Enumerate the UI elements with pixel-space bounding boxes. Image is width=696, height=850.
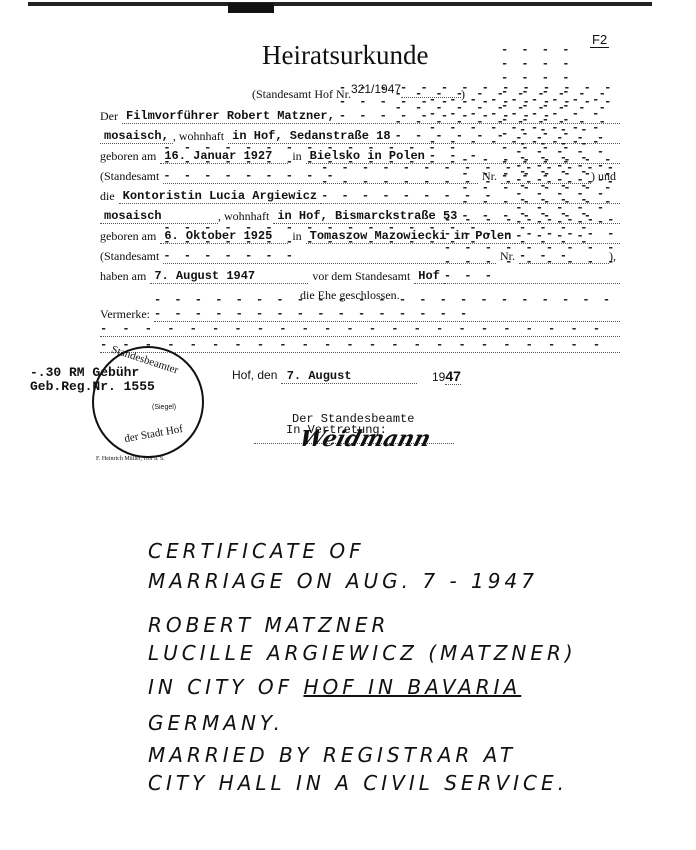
note-city-underlined: HOF IN BAVARIA bbox=[303, 675, 521, 699]
place-label: Hof, den bbox=[232, 368, 277, 382]
form-code: F2 bbox=[590, 32, 609, 48]
remarks-fill-line: - - - - - - - - - - - - - - - - - - - - … bbox=[100, 338, 620, 353]
note-line: IN CITY OF HOF IN BAVARIA bbox=[148, 676, 521, 698]
year-prefix: 19 bbox=[432, 370, 445, 384]
scan-edge-bar bbox=[28, 2, 652, 6]
dash-fill: - - - - - - - - - - - - - - - - - - - - … bbox=[444, 213, 620, 284]
note-line: LUCILLE ARGIEWICZ (MATZNER) bbox=[148, 642, 577, 664]
note-line: MARRIED BY REGISTRAR AT bbox=[148, 744, 516, 766]
seal-bottom-text: der Stadt Hof bbox=[123, 423, 183, 445]
groom-label: Der bbox=[100, 109, 122, 124]
note-line: CERTIFICATE OF bbox=[148, 540, 365, 562]
marriage-label: haben am bbox=[100, 269, 150, 284]
printer-imprint: F. Heinrich Müller, Hof a. S. bbox=[96, 456, 165, 462]
registry-prefix: (Standesamt Hof Nr. bbox=[252, 87, 351, 101]
marriage-date: 7. August 1947 bbox=[150, 269, 308, 284]
registry-label: (Standesamt bbox=[100, 169, 163, 184]
marriage-line: haben am 7. August 1947 vor dem Standesa… bbox=[100, 266, 620, 284]
marriage-office: Hof bbox=[414, 269, 444, 284]
issue-date: 7. August bbox=[281, 369, 417, 384]
official-seal: Standesbeamter (Siegel) der Stadt Hof bbox=[92, 346, 204, 458]
remarks-fill-line: - - - - - - - - - - - - - - - - - - - - … bbox=[100, 322, 620, 337]
scan-artifact bbox=[228, 3, 274, 13]
dash-fill: - - - - - - - - - - - - - - - - - - - - … bbox=[154, 293, 620, 322]
issue-year: 1947 bbox=[432, 368, 461, 384]
note-line: CITY HALL IN A CIVIL SERVICE. bbox=[148, 772, 568, 794]
remarks-label: Vermerke: bbox=[100, 307, 154, 322]
born-label: geboren am bbox=[100, 229, 160, 244]
year-value: 47 bbox=[445, 368, 461, 385]
seal-center-text: (Siegel) bbox=[152, 404, 176, 411]
note-line: GERMANY. bbox=[148, 712, 284, 734]
groom-religion: mosaisch, bbox=[100, 129, 173, 144]
note-line: MARRIAGE ON AUG. 7 - 1947 bbox=[148, 570, 538, 592]
groom-name: Filmvorführer Robert Matzner, bbox=[122, 109, 339, 124]
registry-label: (Standesamt bbox=[100, 249, 163, 264]
office-label: vor dem Standesamt bbox=[308, 269, 414, 284]
note-line: ROBERT MATZNER bbox=[148, 614, 389, 636]
document-title: Heiratsurkunde bbox=[262, 40, 428, 71]
note-city-prefix: IN CITY OF bbox=[148, 675, 293, 699]
remarks-line: Vermerke: - - - - - - - - - - - - - - - … bbox=[100, 304, 620, 322]
signature: Weidmann bbox=[297, 426, 434, 452]
bride-name: Kontoristin Lucia Argiewicz bbox=[119, 189, 321, 204]
place-date: Hof, den 7. August bbox=[232, 368, 417, 384]
bride-label: die bbox=[100, 189, 119, 204]
born-label: geboren am bbox=[100, 149, 160, 164]
